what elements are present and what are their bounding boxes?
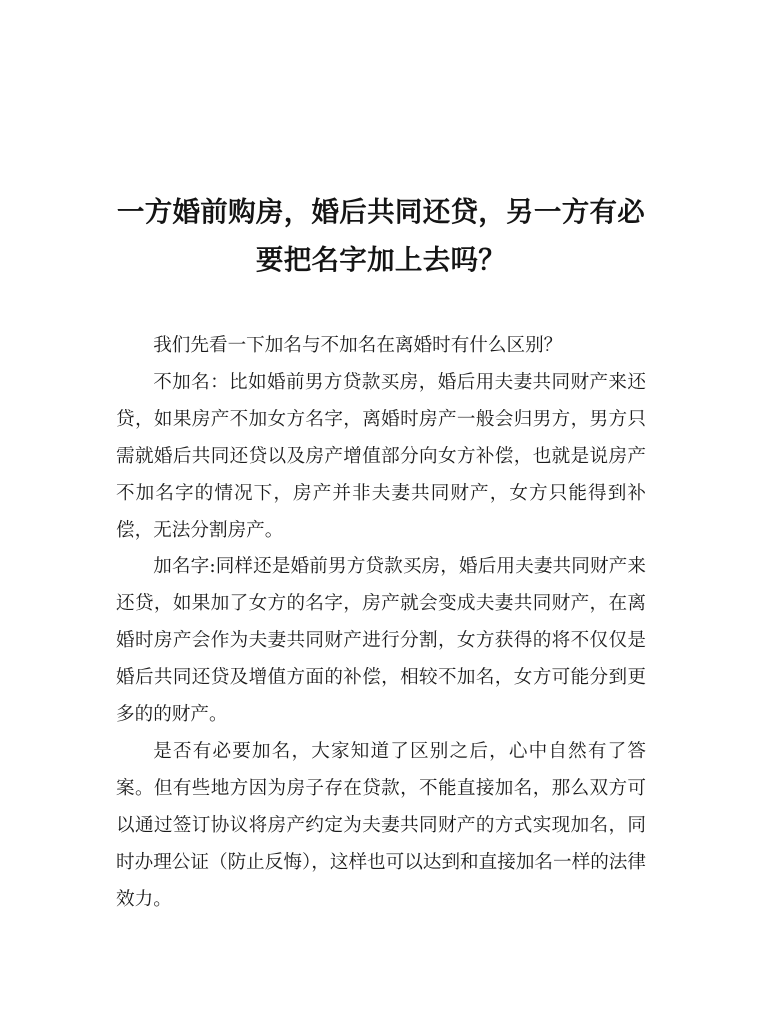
paragraph-intro-question: 我们先看一下加名与不加名在离婚时有什么区别？ (116, 328, 646, 365)
document-body: 我们先看一下加名与不加名在离婚时有什么区别？ 不加名：比如婚前男方贷款买房，婚后… (116, 328, 646, 919)
paragraph-without-name: 不加名：比如婚前男方贷款买房，婚后用夫妻共同财产来还贷，如果房产不加女方名字，离… (116, 365, 646, 550)
paragraph-with-name: 加名字:同样还是婚前男方贷款买房，婚后用夫妻共同财产来还贷，如果加了女方的名字，… (116, 549, 646, 734)
document-page: 一方婚前购房，婚后共同还贷，另一方有必要把名字加上去吗？ 我们先看一下加名与不加… (116, 188, 646, 919)
paragraph-conclusion: 是否有必要加名，大家知道了区别之后，心中自然有了答案。但有些地方因为房子存在贷款… (116, 734, 646, 919)
document-title: 一方婚前购房，婚后共同还贷，另一方有必要把名字加上去吗？ (116, 188, 646, 284)
